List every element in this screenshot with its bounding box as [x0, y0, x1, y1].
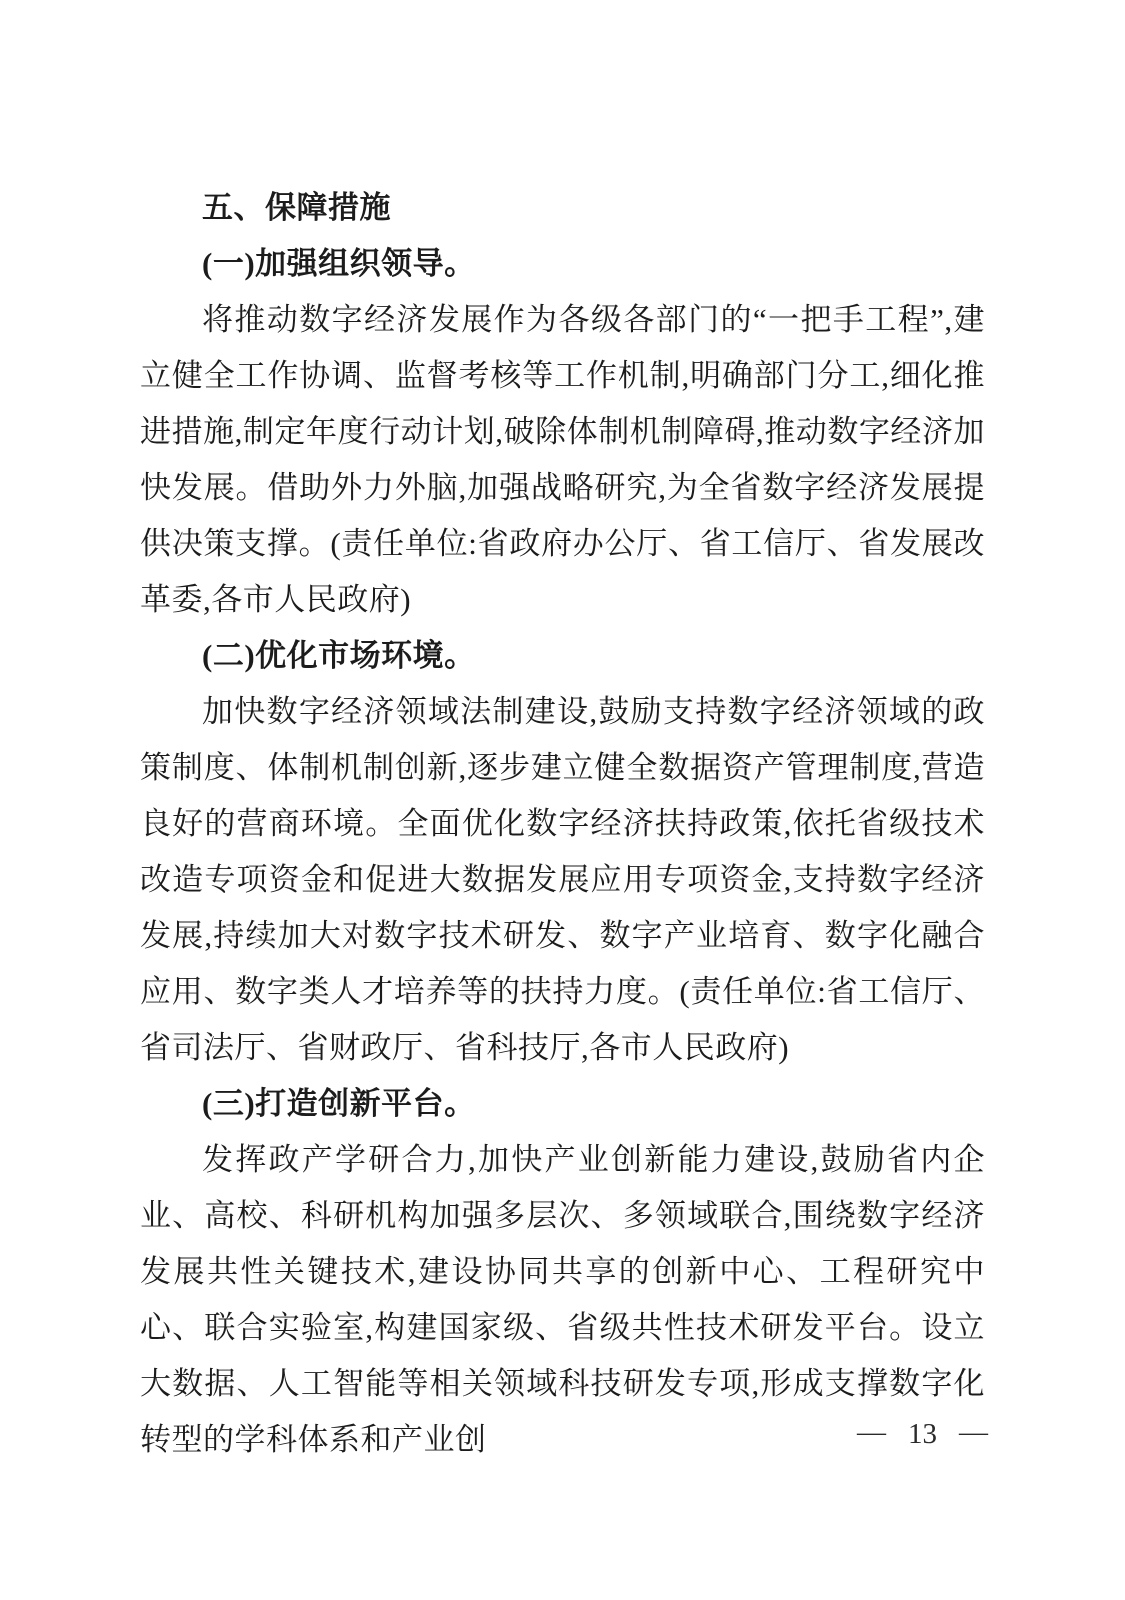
- footer-left-dash: —: [857, 1410, 886, 1454]
- document-body: 五、保障措施 (一)加强组织领导。 将推动数字经济发展作为各级各部门的“一把手工…: [140, 180, 985, 1468]
- subsection-1: (一)加强组织领导。 将推动数字经济发展作为各级各部门的“一把手工程”,建立健全…: [140, 236, 985, 628]
- subsection-2-heading: (二)优化市场环境。: [140, 628, 985, 684]
- section-heading: 五、保障措施: [140, 180, 985, 236]
- subsection-1-heading: (一)加强组织领导。: [140, 236, 985, 292]
- page-footer: — 13 —: [857, 1412, 988, 1456]
- footer-right-dash: —: [959, 1410, 988, 1454]
- subsection-1-paragraph: 将推动数字经济发展作为各级各部门的“一把手工程”,建立健全工作协调、监督考核等工…: [140, 292, 985, 628]
- subsection-3-heading: (三)打造创新平台。: [140, 1076, 985, 1132]
- page-number: 13: [908, 1412, 937, 1456]
- subsection-2: (二)优化市场环境。 加快数字经济领域法制建设,鼓励支持数字经济领域的政策制度、…: [140, 628, 985, 1076]
- document-page: 五、保障措施 (一)加强组织领导。 将推动数字经济发展作为各级各部门的“一把手工…: [0, 0, 1125, 1600]
- subsection-2-paragraph: 加快数字经济领域法制建设,鼓励支持数字经济领域的政策制度、体制机制创新,逐步建立…: [140, 684, 985, 1076]
